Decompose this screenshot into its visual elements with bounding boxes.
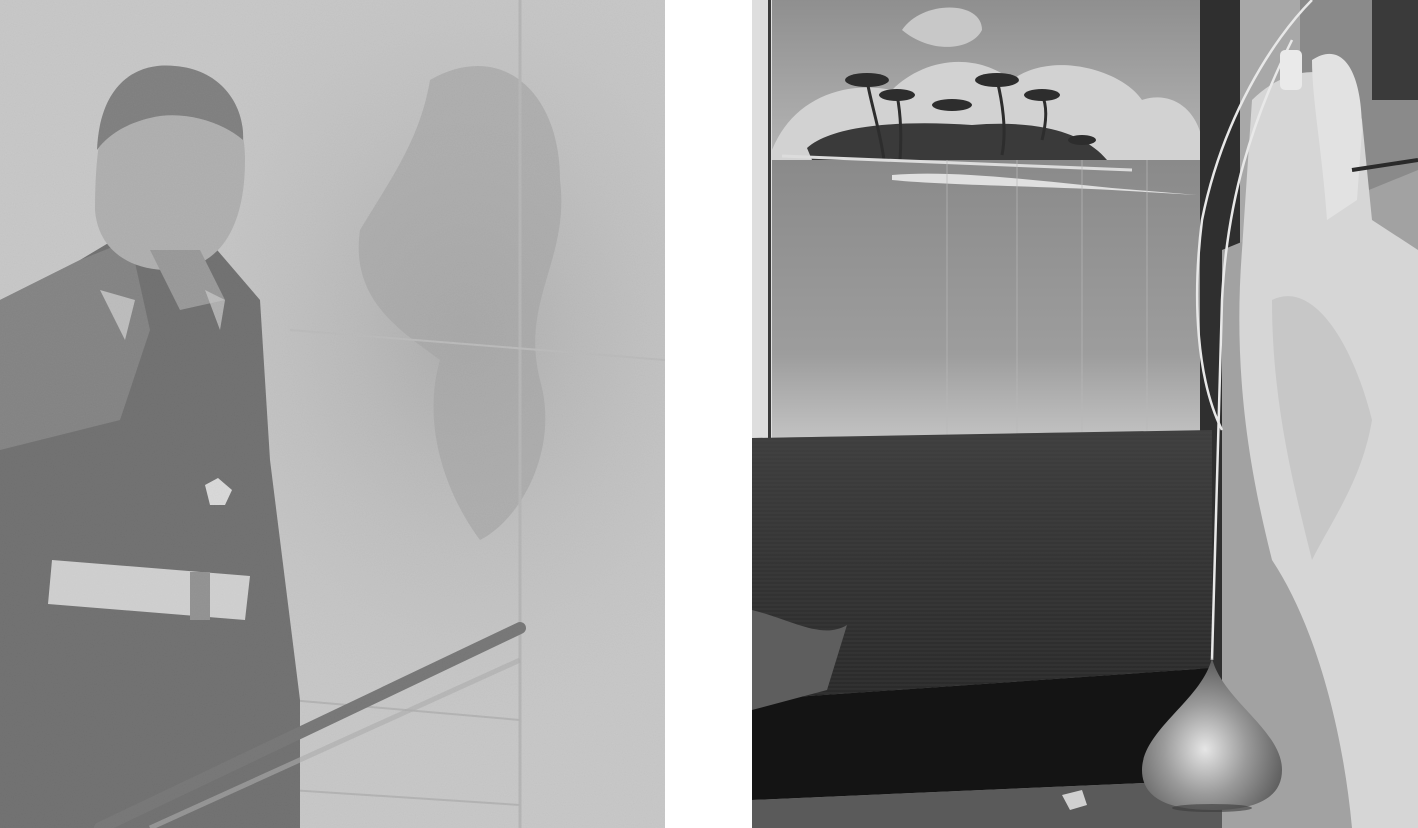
wood-panel xyxy=(752,430,1212,800)
photo-abandoned-room xyxy=(752,0,1418,828)
tropical-island-mural xyxy=(752,0,1202,438)
room-photo-illustration xyxy=(752,0,1418,828)
photo-soldier xyxy=(0,0,665,828)
soldier-photo-illustration xyxy=(0,0,665,828)
photo-gutter xyxy=(665,0,752,828)
